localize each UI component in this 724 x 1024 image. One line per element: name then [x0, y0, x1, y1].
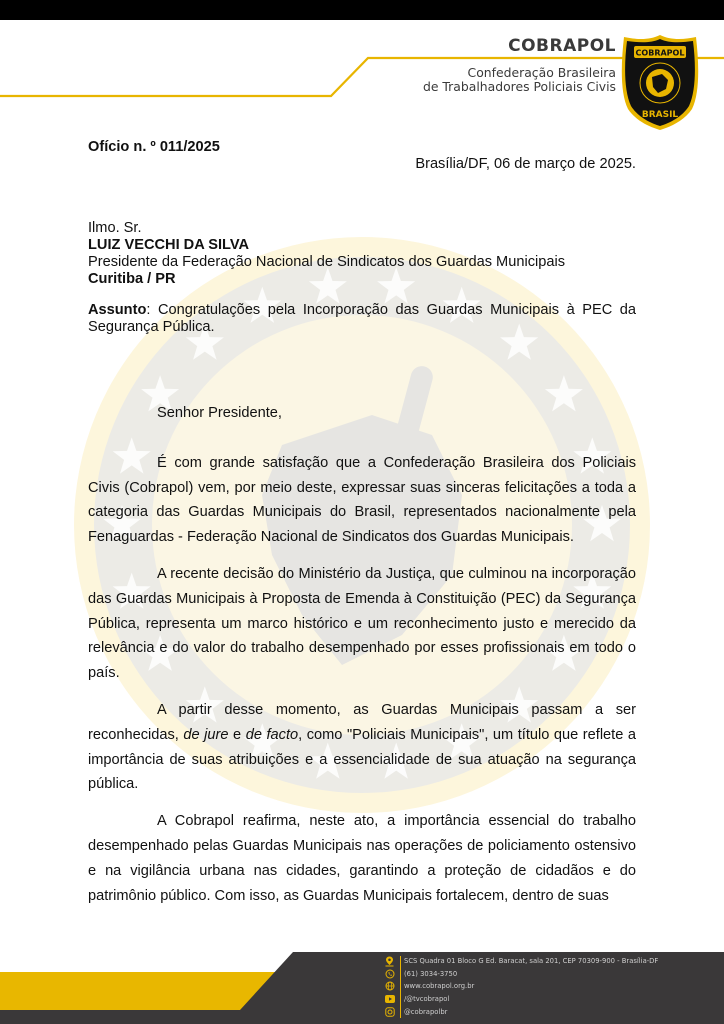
paragraph-4: A Cobrapol reafirma, neste ato, a import… — [88, 809, 636, 908]
footer-contacts: SCS Quadra 01 Bloco G Ed. Baracat, sala … — [384, 955, 704, 1018]
subject-text: : Congratulações pela Incorporação das G… — [88, 302, 636, 335]
brand-name: COBRAPOL — [508, 36, 616, 56]
recipient-name: LUIZ VECCHI DA SILVA — [88, 237, 636, 254]
footer-separator — [400, 956, 401, 1018]
brand-subtitle: Confederação Brasileira de Trabalhadores… — [423, 66, 616, 94]
recipient-role: Presidente da Federação Nacional de Sind… — [88, 254, 636, 271]
letter-reference: Ofício n. º 011/2025 — [88, 139, 636, 155]
paragraph-3-italic-de-jure: de jure — [183, 727, 228, 743]
footer-website[interactable]: www.cobrapol.org.br — [384, 980, 704, 993]
instagram-icon — [384, 1006, 395, 1017]
greeting: Senhor Presidente, — [88, 401, 636, 426]
whatsapp-icon — [384, 968, 395, 979]
subject-line: Assunto: Congratulações pela Incorporaçã… — [88, 302, 636, 336]
recipient-title: Ilmo. Sr. — [88, 220, 636, 237]
paragraph-1: É com grande satisfação que a Confederaç… — [88, 451, 636, 550]
recipient-block: Ilmo. Sr. LUIZ VECCHI DA SILVA President… — [88, 220, 636, 288]
cobrapol-badge-logo: COBRAPOL BRASIL — [620, 33, 700, 131]
letter-place-date: Brasília/DF, 06 de março de 2025. — [88, 156, 636, 172]
recipient-city: Curitiba / PR — [88, 271, 636, 288]
svg-text:BRASIL: BRASIL — [642, 110, 679, 120]
footer-address-text: SCS Quadra 01 Bloco G Ed. Baracat, sala … — [404, 957, 658, 965]
footer-address: SCS Quadra 01 Bloco G Ed. Baracat, sala … — [384, 955, 704, 968]
letter-body: Senhor Presidente, É com grande satisfaç… — [88, 401, 636, 908]
footer-phone-text: (61) 3034-3750 — [404, 970, 457, 978]
footer-youtube[interactable]: /@tvcobrapol — [384, 993, 704, 1006]
paragraph-3-text: e — [229, 727, 246, 743]
footer-website-link[interactable]: www.cobrapol.org.br — [404, 982, 474, 990]
footer-instagram[interactable]: @cobrapolbr — [384, 1005, 704, 1018]
footer-instagram-link[interactable]: @cobrapolbr — [404, 1008, 447, 1016]
paragraph-2: A recente decisão do Ministério da Justi… — [88, 562, 636, 686]
location-pin-icon — [384, 956, 395, 967]
brand-subtitle-line1: Confederação Brasileira — [423, 66, 616, 80]
paragraph-3: A partir desse momento, as Guardas Munic… — [88, 698, 636, 797]
globe-icon — [384, 981, 395, 992]
footer-phone: (61) 3034-3750 — [384, 968, 704, 981]
subject-label: Assunto — [88, 302, 146, 318]
brand-subtitle-line2: de Trabalhadores Policiais Civis — [423, 80, 616, 94]
svg-text:COBRAPOL: COBRAPOL — [636, 49, 685, 58]
footer-youtube-link[interactable]: /@tvcobrapol — [404, 995, 449, 1003]
youtube-icon — [384, 994, 395, 1005]
paragraph-3-italic-de-facto: de facto — [246, 727, 298, 743]
